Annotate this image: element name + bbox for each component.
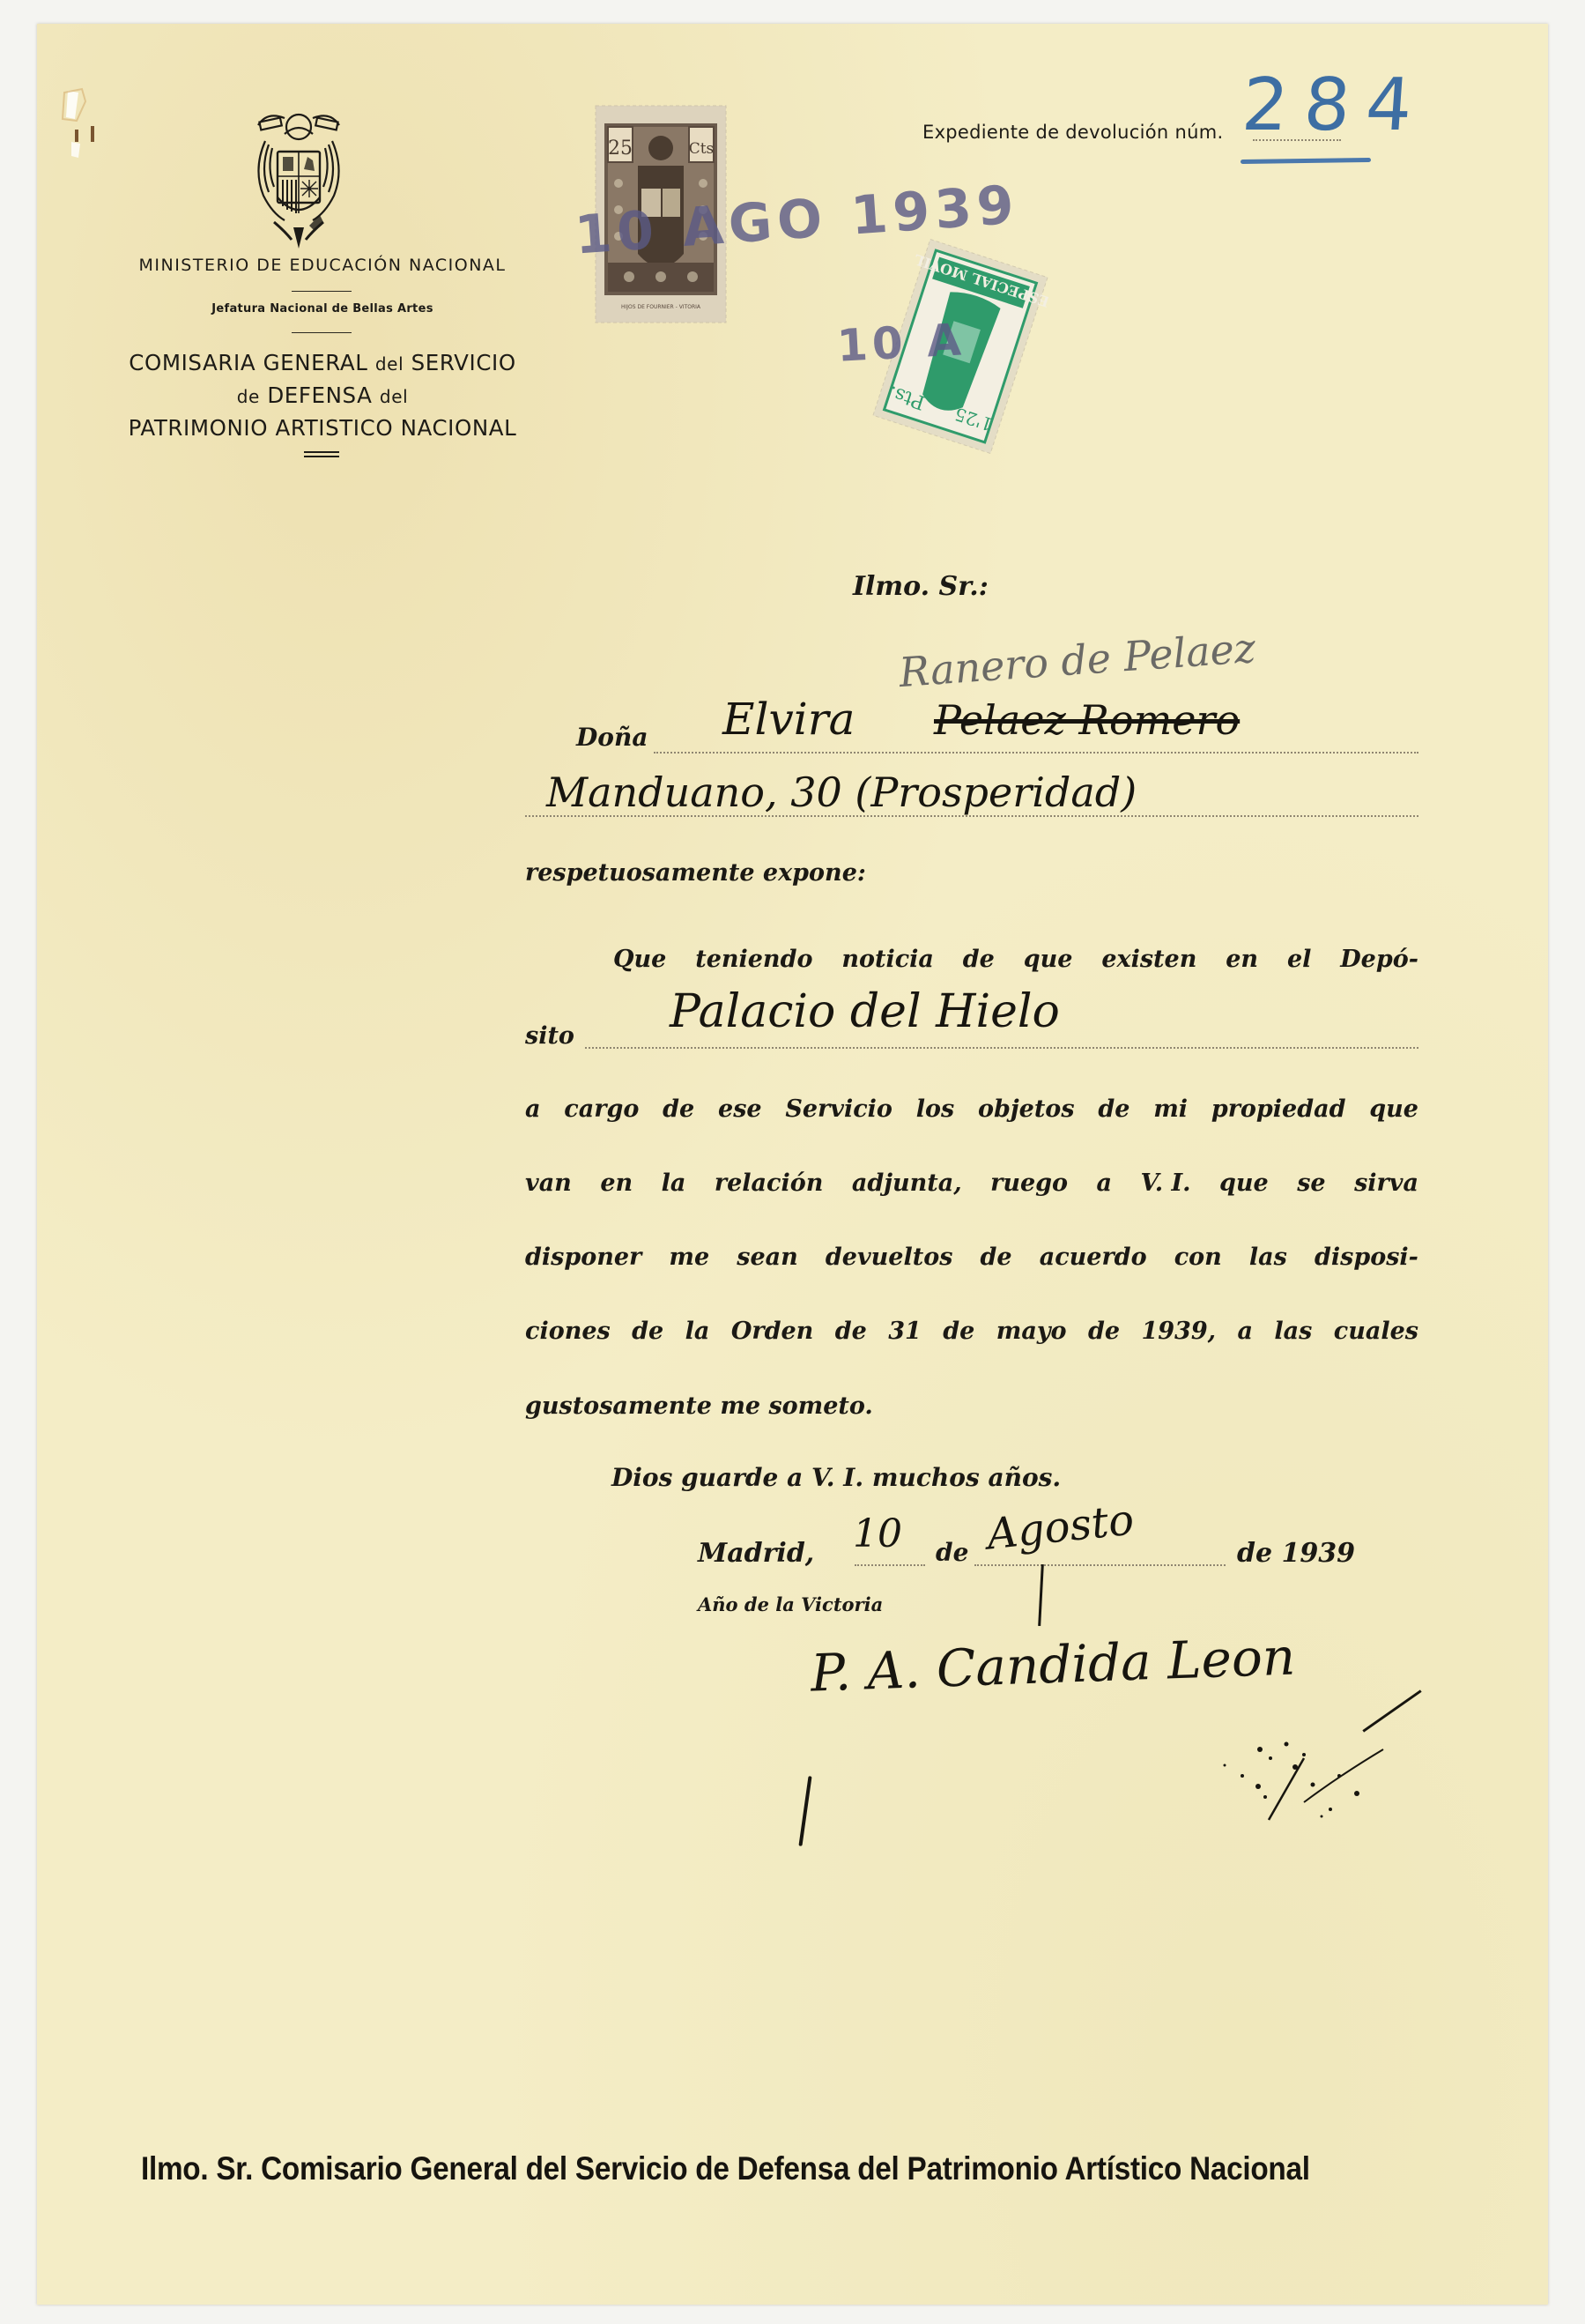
paragraph-line-2: a cargo de ese Servicio los objetos de m… — [525, 1095, 1418, 1123]
applicant-first-name: Elvira — [722, 694, 855, 745]
stamp-value-left: 25 — [608, 137, 633, 160]
anno-de-la-victoria: Año de la Victoria — [698, 1593, 883, 1615]
jefatura-subtitle: Jefatura Nacional de Bellas Artes — [115, 302, 530, 316]
stamp-value-right: Cts — [689, 140, 715, 158]
expone-line: respetuosamente expone: — [525, 859, 866, 887]
ministry-title: MINISTERIO DE EDUCACIÓN NACIONAL — [115, 256, 530, 275]
svg-text:HIJOS DE FOURNIER - VITORIA: HIJOS DE FOURNIER - VITORIA — [621, 304, 701, 310]
postmark-cancellation: 10 A — [836, 314, 967, 372]
date-day: 10 — [853, 1511, 902, 1556]
coat-of-arms-eagle-icon — [249, 99, 348, 253]
footer-addressee: Ilmo. Sr. Comisario General del Servicio… — [141, 2150, 1310, 2187]
comisaria-line-3: PATRIMONIO ARTISTICO NACIONAL — [115, 412, 530, 443]
date-de: de — [936, 1538, 968, 1567]
date-month-field — [974, 1564, 1226, 1566]
deposito-name: Palacio del Hielo — [670, 985, 1060, 1038]
salutation: Ilmo. Sr.: — [853, 571, 989, 602]
struck-surname: Pelaez Romero — [934, 696, 1240, 744]
paragraph-line-6: gustosamente me someto. — [525, 1392, 1418, 1420]
paragraph-line-1: Que teniendo noticia de que existen en e… — [613, 946, 1418, 973]
dona-name-field — [654, 752, 1418, 754]
letterhead-rule — [292, 332, 352, 333]
comisaria-title: COMISARIA GENERAL del SERVICIO de DEFENS… — [115, 347, 530, 443]
paragraph-line-3: van en la relación adjunta, ruego a V. I… — [525, 1169, 1418, 1197]
comisaria-line-2: de DEFENSA del — [115, 380, 530, 412]
expediente-number: 284 — [1240, 63, 1431, 147]
paragraph-line-4: disponer me sean devueltos de acuerdo co… — [525, 1244, 1418, 1271]
dona-label: Doña — [576, 723, 648, 752]
ink-splatter — [1207, 1732, 1401, 1829]
paper-damage-mark — [48, 84, 110, 181]
expediente-label: Expediente de devolución núm. — [922, 122, 1223, 143]
date-city: Madrid, — [698, 1538, 814, 1569]
deposito-field — [585, 1047, 1418, 1049]
sito-label: sito — [525, 1022, 574, 1050]
applicant-address: Manduano, 30 (Prosperidad) — [546, 768, 1137, 816]
date-day-field — [855, 1564, 925, 1566]
letterhead-rule — [292, 291, 352, 292]
paragraph-line-5: ciones de la Orden de 31 de mayo de 1939… — [525, 1318, 1418, 1345]
closing-line: Dios guarde a V. I. muchos años. — [611, 1463, 1061, 1492]
date-year: de 1939 — [1237, 1538, 1355, 1569]
double-rule-ornament — [304, 451, 339, 457]
comisaria-line-1: COMISARIA GENERAL del SERVICIO — [115, 347, 530, 380]
